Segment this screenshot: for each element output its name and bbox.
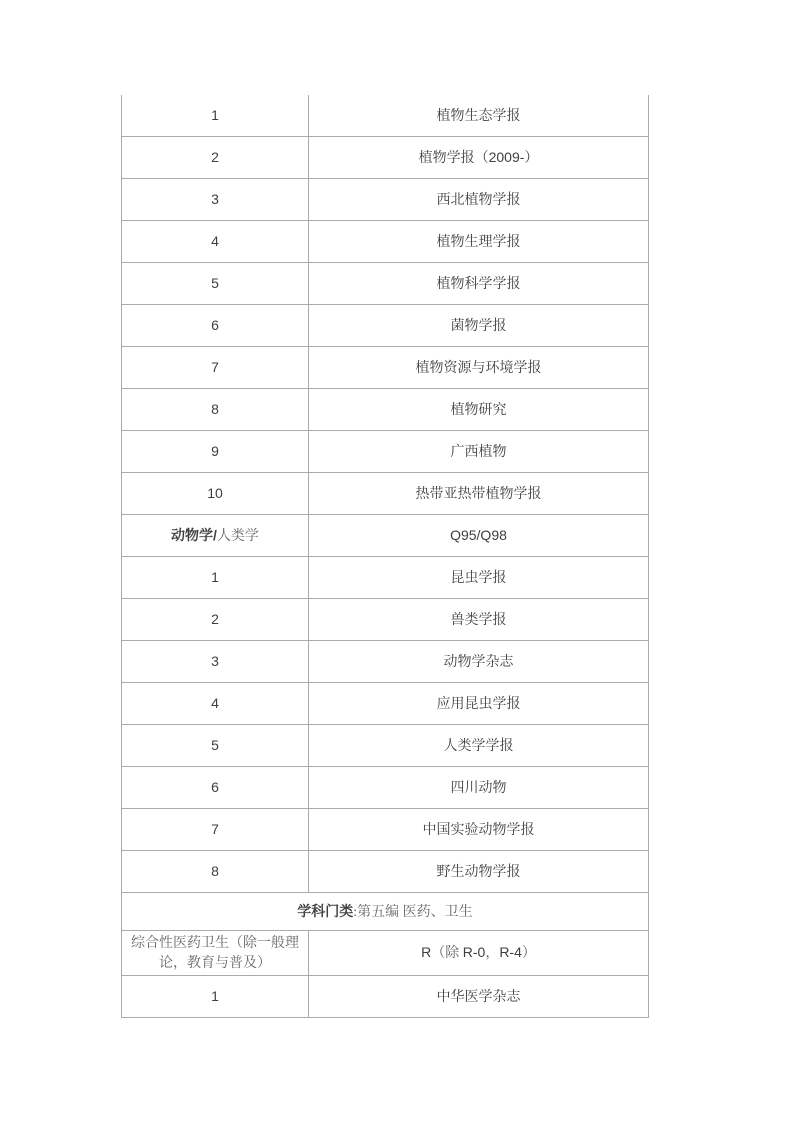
- cell-text: 4: [211, 695, 219, 711]
- index-or-category-cell: 2: [122, 599, 309, 641]
- section-header-row: 学科门类:第五编 医药、卫生: [122, 893, 649, 931]
- index-or-category-cell: 10: [122, 473, 309, 515]
- journal-name-or-code-cell: 西北植物学报: [309, 179, 649, 221]
- table-row: 4应用昆虫学报: [122, 683, 649, 725]
- cell-text: 植物生态学报: [437, 107, 521, 123]
- cell-text: 中华医学杂志: [437, 988, 521, 1004]
- cell-text: 综合性医药卫生（除一般理: [131, 936, 299, 951]
- index-or-category-cell: 6: [122, 767, 309, 809]
- cell-text: 菌物学报: [451, 317, 507, 333]
- cell-text: R-0: [463, 944, 486, 960]
- table-row: 7中国实验动物学报: [122, 809, 649, 851]
- section-title-cell: 学科门类:第五编 医药、卫生: [122, 893, 649, 931]
- index-or-category-cell: 3: [122, 179, 309, 221]
- table-row: 6四川动物: [122, 767, 649, 809]
- cell-text: ，: [485, 946, 499, 961]
- journal-table: 1植物生态学报2植物学报（2009-）3西北植物学报4植物生理学报5植物科学学报…: [121, 95, 649, 1018]
- table-row: 7植物资源与环境学报: [122, 347, 649, 389]
- cell-text: 1: [211, 107, 219, 123]
- index-or-category-cell: 4: [122, 683, 309, 725]
- cell-text: 8: [211, 401, 219, 417]
- cell-text: 7: [211, 359, 219, 375]
- cell-text: 1: [211, 988, 219, 1004]
- cell-text: 热带亚热带植物学报: [416, 485, 542, 501]
- cell-text: 四川动物: [451, 779, 507, 795]
- journal-name-or-code-cell: 菌物学报: [309, 305, 649, 347]
- journal-name-or-code-cell: 植物生态学报: [309, 95, 649, 137]
- cell-text: R-4: [499, 944, 522, 960]
- cell-text: 植物生理学报: [437, 233, 521, 249]
- cell-text: 兽类学报: [451, 611, 507, 627]
- index-or-category-cell: 9: [122, 431, 309, 473]
- journal-name-or-code-cell: 兽类学报: [309, 599, 649, 641]
- journal-name-or-code-cell: 四川动物: [309, 767, 649, 809]
- cell-text: 植物学报（2009-）: [419, 149, 539, 165]
- journal-name-or-code-cell: 野生动物学报: [309, 851, 649, 893]
- table-row: 2植物学报（2009-）: [122, 137, 649, 179]
- cell-text: 2: [211, 611, 219, 627]
- index-or-category-cell: 1: [122, 557, 309, 599]
- table-row: 9广西植物: [122, 431, 649, 473]
- journal-name-or-code-cell: 植物学报（2009-）: [309, 137, 649, 179]
- journal-name-or-code-cell: 应用昆虫学报: [309, 683, 649, 725]
- cell-text: 1: [211, 569, 219, 585]
- cell-text: 3: [211, 653, 219, 669]
- cell-text: 中国实验动物学报: [423, 821, 535, 837]
- table-row: 3动物学杂志: [122, 641, 649, 683]
- cell-text: 学科门类: [297, 903, 353, 919]
- cell-text: 植物科学学报: [437, 275, 521, 291]
- journal-name-or-code-cell: R（除 R-0，R-4）: [309, 931, 649, 976]
- journal-name-or-code-cell: 中国实验动物学报: [309, 809, 649, 851]
- table-row: 1植物生态学报: [122, 95, 649, 137]
- category-row: 动物学/人类学Q95/Q98: [122, 515, 649, 557]
- journal-name-or-code-cell: 广西植物: [309, 431, 649, 473]
- cell-text: Q95/Q98: [450, 527, 507, 543]
- cell-text: 6: [211, 317, 219, 333]
- index-or-category-cell: 动物学/人类学: [122, 515, 309, 557]
- cell-text: 人类学学报: [444, 737, 514, 753]
- cell-text: 7: [211, 821, 219, 837]
- journal-name-or-code-cell: 动物学杂志: [309, 641, 649, 683]
- cell-text: 10: [207, 485, 223, 501]
- table-row: 8植物研究: [122, 389, 649, 431]
- table-row: 8野生动物学报: [122, 851, 649, 893]
- cell-text: 植物研究: [451, 401, 507, 417]
- journal-name-or-code-cell: 热带亚热带植物学报: [309, 473, 649, 515]
- cell-text: （除: [431, 946, 463, 961]
- index-or-category-cell: 1: [122, 976, 309, 1018]
- cell-text: 2: [211, 149, 219, 165]
- cell-text: :第五编 医药、卫生: [353, 905, 472, 920]
- index-or-category-cell: 2: [122, 137, 309, 179]
- journal-name-or-code-cell: 人类学学报: [309, 725, 649, 767]
- journal-name-or-code-cell: 中华医学杂志: [309, 976, 649, 1018]
- cell-text: 昆虫学报: [451, 569, 507, 585]
- cell-text: R: [421, 944, 431, 960]
- index-or-category-cell: 7: [122, 809, 309, 851]
- cell-text: 6: [211, 779, 219, 795]
- cell-text: 野生动物学报: [437, 863, 521, 879]
- index-or-category-cell: 3: [122, 641, 309, 683]
- cell-text: 西北植物学报: [437, 191, 521, 207]
- table-row: 5人类学学报: [122, 725, 649, 767]
- cell-text: 植物资源与环境学报: [416, 359, 542, 375]
- cell-text: 论，教育与普及）: [159, 956, 271, 971]
- cell-text: 5: [211, 275, 219, 291]
- journal-table-container: 1植物生态学报2植物学报（2009-）3西北植物学报4植物生理学报5植物科学学报…: [121, 95, 649, 1018]
- table-row: 5植物科学学报: [122, 263, 649, 305]
- cell-text: 应用昆虫学报: [437, 695, 521, 711]
- cell-text: 广西植物: [451, 443, 507, 459]
- table-row: 3西北植物学报: [122, 179, 649, 221]
- index-or-category-cell: 4: [122, 221, 309, 263]
- table-row: 4植物生理学报: [122, 221, 649, 263]
- journal-table-body: 1植物生态学报2植物学报（2009-）3西北植物学报4植物生理学报5植物科学学报…: [122, 95, 649, 1018]
- cell-text: 5: [211, 737, 219, 753]
- cell-text: ）: [522, 946, 536, 961]
- journal-name-or-code-cell: 植物资源与环境学报: [309, 347, 649, 389]
- table-row: 6菌物学报: [122, 305, 649, 347]
- index-or-category-cell: 1: [122, 95, 309, 137]
- table-row: 1中华医学杂志: [122, 976, 649, 1018]
- cell-text: 3: [211, 191, 219, 207]
- category-row: 综合性医药卫生（除一般理论，教育与普及）R（除 R-0，R-4）: [122, 931, 649, 976]
- index-or-category-cell: 6: [122, 305, 309, 347]
- cell-text: 8: [211, 863, 219, 879]
- index-or-category-cell: 8: [122, 851, 309, 893]
- index-or-category-cell: 综合性医药卫生（除一般理论，教育与普及）: [122, 931, 309, 976]
- cell-text: 动物学/: [171, 527, 217, 543]
- cell-text: 人类学: [217, 529, 259, 544]
- journal-name-or-code-cell: 植物研究: [309, 389, 649, 431]
- journal-name-or-code-cell: 植物科学学报: [309, 263, 649, 305]
- index-or-category-cell: 7: [122, 347, 309, 389]
- cell-text: 9: [211, 443, 219, 459]
- journal-name-or-code-cell: 植物生理学报: [309, 221, 649, 263]
- index-or-category-cell: 5: [122, 263, 309, 305]
- index-or-category-cell: 5: [122, 725, 309, 767]
- journal-name-or-code-cell: 昆虫学报: [309, 557, 649, 599]
- cell-text: 4: [211, 233, 219, 249]
- journal-name-or-code-cell: Q95/Q98: [309, 515, 649, 557]
- table-row: 10热带亚热带植物学报: [122, 473, 649, 515]
- table-row: 1昆虫学报: [122, 557, 649, 599]
- cell-text: 动物学杂志: [444, 653, 514, 669]
- table-row: 2兽类学报: [122, 599, 649, 641]
- index-or-category-cell: 8: [122, 389, 309, 431]
- document-page: 1植物生态学报2植物学报（2009-）3西北植物学报4植物生理学报5植物科学学报…: [0, 0, 793, 1122]
